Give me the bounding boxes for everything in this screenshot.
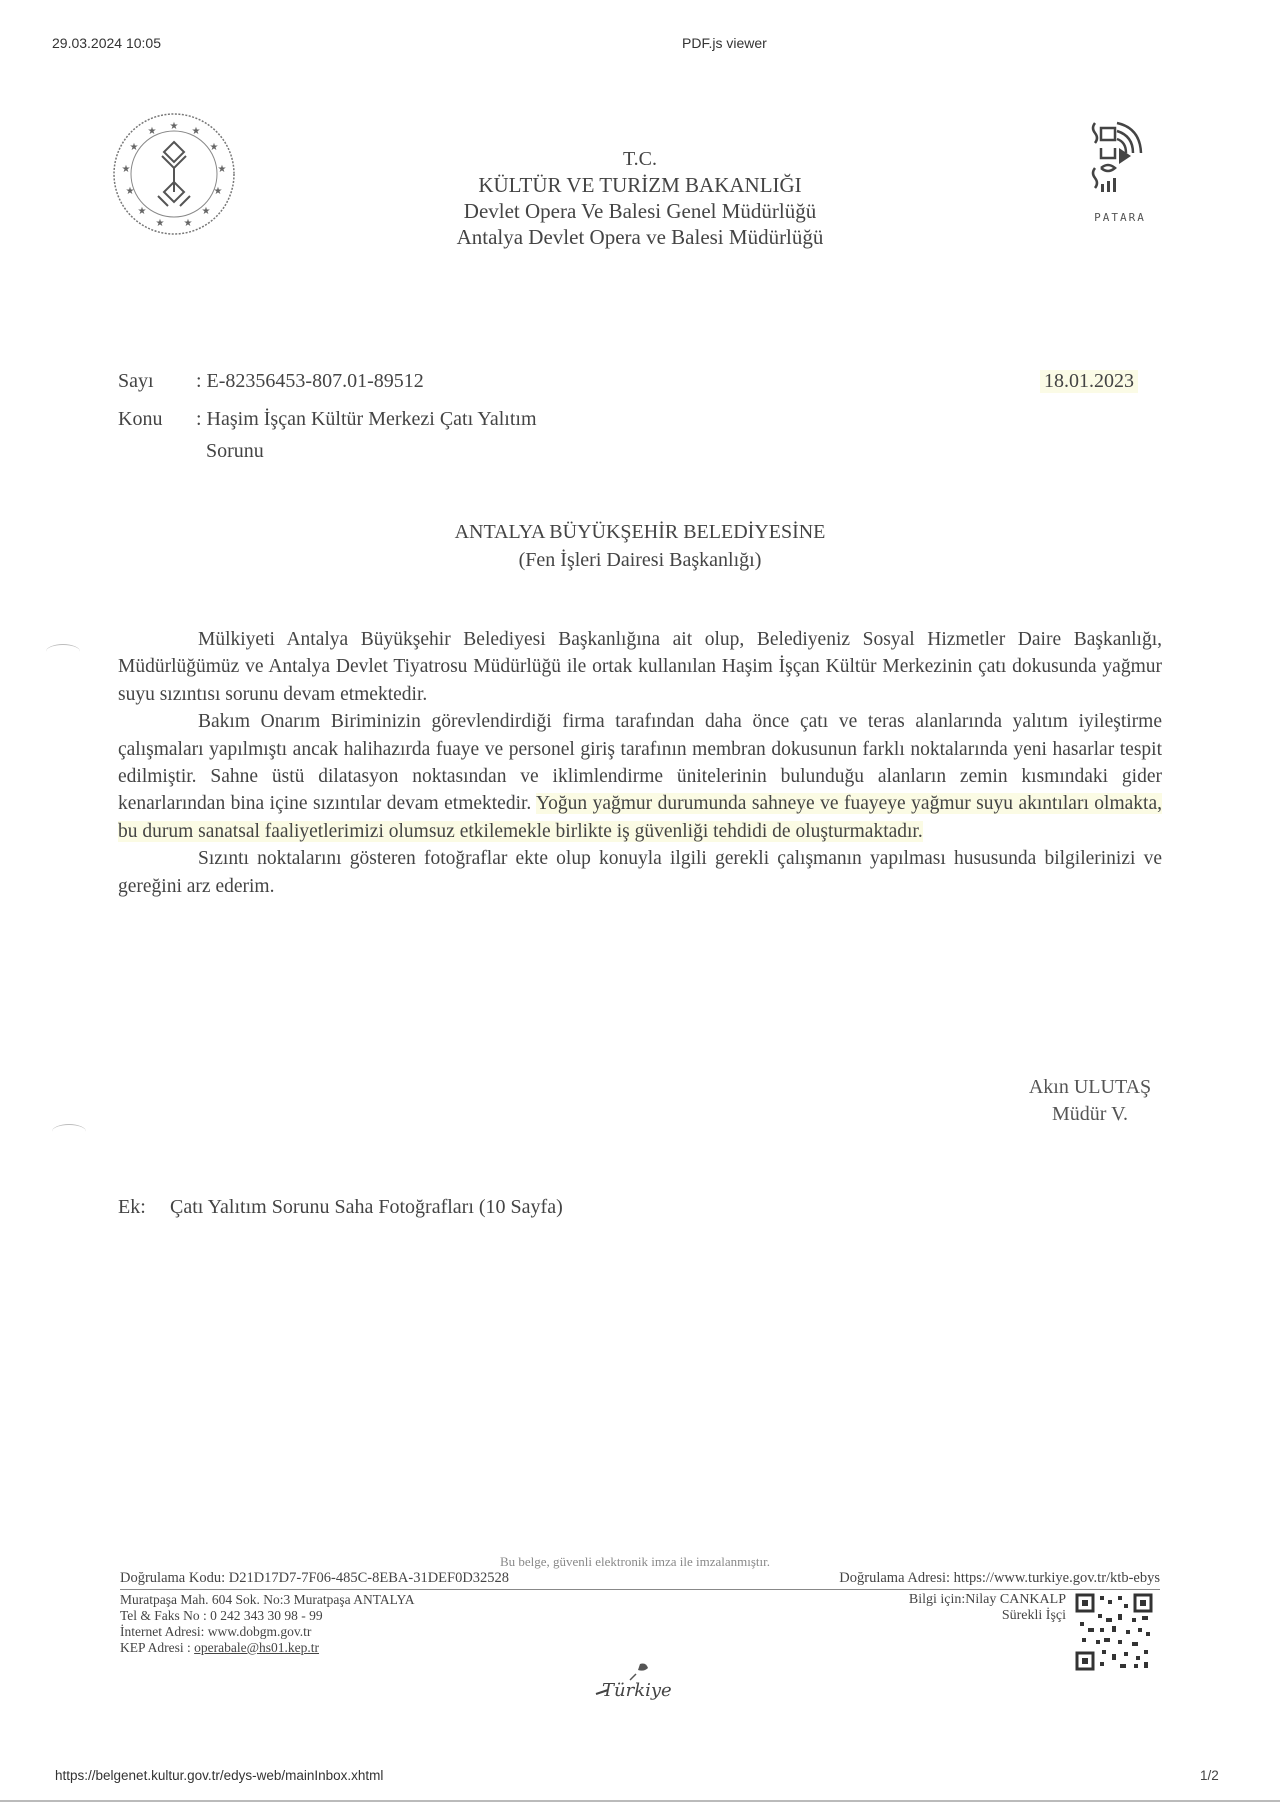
addressee-department: (Fen İşleri Dairesi Başkanlığı) [340, 546, 940, 574]
paragraph-1: Mülkiyeti Antalya Büyükşehir Belediyesi … [118, 626, 1162, 708]
svg-text:★: ★ [184, 218, 193, 229]
svg-text:★: ★ [126, 186, 135, 197]
verification-row: Doğrulama Kodu: D21D17D7-7F06-485C-8EBA-… [120, 1570, 1160, 1590]
svg-text:★: ★ [130, 142, 139, 153]
addressee-name: ANTALYA BÜYÜKŞEHİR BELEDİYESİNE [340, 518, 940, 546]
letterhead-ministry: KÜLTÜR VE TURİZM BAKANLIĞI [340, 172, 940, 198]
qr-code-icon [1074, 1592, 1154, 1672]
signature-block: Akın ULUTAŞ Müdür V. [980, 1074, 1200, 1128]
contact-block: Muratpaşa Mah. 604 Sok. No:3 Muratpaşa A… [120, 1592, 415, 1656]
addressee: ANTALYA BÜYÜKŞEHİR BELEDİYESİNE (Fen İşl… [340, 518, 940, 574]
svg-text:★: ★ [138, 206, 147, 217]
letterhead-directorate-general: Devlet Opera Ve Balesi Genel Müdürlüğü [340, 198, 940, 224]
konu-row: Konu: Haşim İşçan Kültür Merkezi Çatı Ya… [118, 408, 537, 431]
letterhead-directorate: Antalya Devlet Opera ve Balesi Müdürlüğü [340, 224, 940, 250]
internet-link[interactable]: www.dobgm.gov.tr [208, 1624, 312, 1639]
punch-hole-mark [52, 1124, 86, 1139]
address: Muratpaşa Mah. 604 Sok. No:3 Muratpaşa A… [120, 1592, 415, 1608]
konu-label: Konu [118, 408, 196, 431]
kep-row: KEP Adresi : operabale@hs01.kep.tr [120, 1640, 415, 1656]
letterhead: T.C. KÜLTÜR VE TURİZM BAKANLIĞI Devlet O… [340, 146, 940, 250]
konu-value-cont: Sorunu [206, 440, 264, 463]
paragraph-2: Bakım Onarım Biriminizin görevlendirdiği… [118, 708, 1162, 845]
svg-text:★: ★ [156, 218, 165, 229]
verification-address[interactable]: Doğrulama Adresi: https://www.turkiye.go… [839, 1570, 1160, 1587]
page-indicator: 1/2 [1200, 1768, 1219, 1783]
patara-logo-icon: PATARA [1085, 118, 1155, 228]
turkiye-logo-text: Türkiye [602, 1680, 672, 1701]
sayi-row: Sayı: E-82356453-807.01-89512 [118, 370, 424, 393]
internet-row: İnternet Adresi: www.dobgm.gov.tr [120, 1624, 415, 1640]
svg-text:★: ★ [148, 126, 157, 137]
document-date: 18.01.2023 [1040, 370, 1138, 393]
info-block: Bilgi için:Nilay CANKALP Sürekli İşçi [830, 1592, 1066, 1624]
page-bottom-divider [0, 1800, 1280, 1802]
konu-value: : Haşim İşçan Kültür Merkezi Çatı Yalıtı… [196, 408, 537, 430]
patara-text: PATARA [1085, 211, 1155, 224]
letterhead-tc: T.C. [340, 146, 940, 172]
svg-text:★: ★ [210, 142, 219, 153]
svg-text:★: ★ [202, 206, 211, 217]
svg-text:★: ★ [170, 121, 179, 132]
verification-code: Doğrulama Kodu: D21D17D7-7F06-485C-8EBA-… [120, 1570, 509, 1587]
signatory-title: Müdür V. [980, 1101, 1200, 1128]
svg-text:★: ★ [122, 164, 131, 175]
info-role: Sürekli İşçi [830, 1608, 1066, 1624]
phone: Tel & Faks No : 0 242 343 30 98 - 99 [120, 1608, 415, 1624]
svg-text:★: ★ [218, 164, 227, 175]
attachment-label: Ek: [118, 1196, 170, 1219]
info-contact: Bilgi için:Nilay CANKALP [830, 1592, 1066, 1608]
internet-label: İnternet Adresi: [120, 1624, 208, 1639]
print-timestamp: 29.03.2024 10:05 [52, 35, 161, 51]
sayi-label: Sayı [118, 370, 196, 393]
kep-label: KEP Adresi : [120, 1640, 194, 1655]
kep-link[interactable]: operabale@hs01.kep.tr [194, 1640, 319, 1655]
svg-text:★: ★ [214, 186, 223, 197]
attachment-value: Çatı Yalıtım Sorunu Saha Fotoğrafları (1… [170, 1196, 563, 1218]
signatory-name: Akın ULUTAŞ [980, 1074, 1200, 1101]
paragraph-3: Sızıntı noktalarını gösteren fotoğraflar… [118, 845, 1162, 900]
viewer-title: PDF.js viewer [682, 35, 767, 51]
turkiye-logo-icon: Türkiye [590, 1660, 680, 1720]
page-url: https://belgenet.kultur.gov.tr/edys-web/… [55, 1768, 383, 1783]
ministry-seal-icon: ★★★ ★★ ★★ ★★ ★★ ★★ [112, 112, 236, 236]
attachment-line: Ek:Çatı Yalıtım Sorunu Saha Fotoğrafları… [118, 1196, 563, 1219]
svg-text:★: ★ [192, 126, 201, 137]
punch-hole-mark [46, 644, 80, 659]
esign-note: Bu belge, güvenli elektronik imza ile im… [110, 1554, 1160, 1570]
sayi-value: : E-82356453-807.01-89512 [196, 370, 424, 392]
letter-body: Mülkiyeti Antalya Büyükşehir Belediyesi … [118, 626, 1162, 900]
